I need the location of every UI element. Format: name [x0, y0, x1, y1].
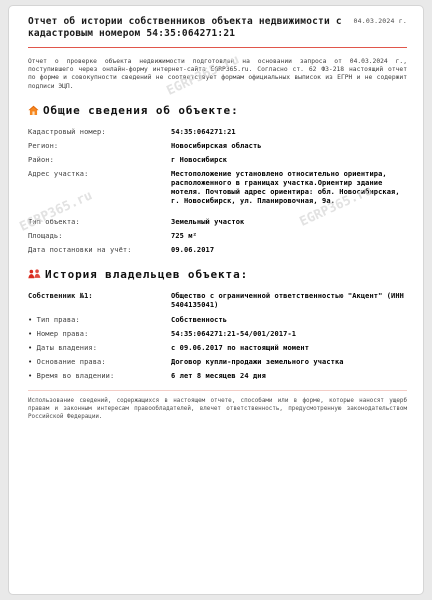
- object-type-label: Тип объекта:: [28, 218, 171, 227]
- intro-paragraph: Отчет о проверке объекта недвижимости по…: [28, 58, 409, 91]
- row-district: Район: г Новосибирск: [28, 156, 409, 165]
- people-icon: [28, 269, 41, 279]
- registration-date-value: 09.06.2017: [171, 246, 409, 255]
- right-number-value: 54:35:064271:21-54/001/2017-1: [171, 330, 409, 339]
- ownership-dates-value: с 09.06.2017 по настоящий момент: [171, 344, 409, 353]
- document-page: EGRP365.ru EGRP365.ru EGRP365.ru Отчет о…: [8, 5, 424, 595]
- row-right-basis: Основание права: Договор купли-продажи з…: [28, 358, 409, 367]
- owner-label: Собственник №1:: [28, 292, 171, 310]
- report-viewport: EGRP365.ru EGRP365.ru EGRP365.ru Отчет о…: [0, 0, 432, 600]
- right-type-value: Собственность: [171, 316, 409, 325]
- area-label: Площадь:: [28, 232, 171, 241]
- disclaimer-text: Использование сведений, содержащихся в н…: [28, 398, 409, 422]
- row-area: Площадь: 725 м²: [28, 232, 409, 241]
- ownership-duration-label: Время во владении:: [28, 372, 171, 381]
- report-date: 04.03.2024 г.: [354, 17, 407, 25]
- footer-divider: [28, 390, 407, 391]
- section-general-title: Общие сведения об объекте:: [43, 104, 239, 117]
- region-value: Новосибирская область: [171, 142, 409, 151]
- row-object-type: Тип объекта: Земельный участок: [28, 218, 409, 227]
- row-right-type: Тип права: Собственность: [28, 316, 409, 325]
- right-type-label: Тип права:: [28, 316, 171, 325]
- row-owner: Собственник №1: Общество с ограниченной …: [28, 292, 409, 310]
- section-history-heading: История владельцев объекта:: [28, 268, 409, 281]
- object-type-value: Земельный участок: [171, 218, 409, 227]
- right-basis-label: Основание права:: [28, 358, 171, 367]
- area-value: 725 м²: [171, 232, 409, 241]
- row-right-number: Номер права: 54:35:064271:21-54/001/2017…: [28, 330, 409, 339]
- parcel-address-value: Местоположение установлено относительно …: [171, 170, 409, 206]
- section-history-title: История владельцев объекта:: [45, 268, 248, 281]
- district-value: г Новосибирск: [171, 156, 409, 165]
- right-basis-value: Договор купли-продажи земельного участка: [171, 358, 409, 367]
- district-label: Район:: [28, 156, 171, 165]
- registration-date-label: Дата постановки на учёт:: [28, 246, 171, 255]
- right-number-label: Номер права:: [28, 330, 171, 339]
- cadastral-number-label: Кадастровый номер:: [28, 128, 171, 137]
- header-divider: [28, 47, 407, 48]
- ownership-dates-label: Даты владения:: [28, 344, 171, 353]
- row-cadastral-number: Кадастровый номер: 54:35:064271:21: [28, 128, 409, 137]
- parcel-address-label: Адрес участка:: [28, 170, 171, 206]
- owner-value: Общество с ограниченной ответственностью…: [171, 292, 409, 310]
- house-icon: [28, 105, 39, 116]
- row-region: Регион: Новосибирская область: [28, 142, 409, 151]
- row-registration-date: Дата постановки на учёт: 09.06.2017: [28, 246, 409, 255]
- region-label: Регион:: [28, 142, 171, 151]
- row-ownership-dates: Даты владения: с 09.06.2017 по настоящий…: [28, 344, 409, 353]
- section-general-heading: Общие сведения об объекте:: [28, 104, 409, 117]
- cadastral-number-value: 54:35:064271:21: [171, 128, 409, 137]
- ownership-duration-value: 6 лет 8 месяцев 24 дня: [171, 372, 409, 381]
- row-ownership-duration: Время во владении: 6 лет 8 месяцев 24 дн…: [28, 372, 409, 381]
- row-parcel-address: Адрес участка: Местоположение установлен…: [28, 170, 409, 206]
- page-title: Отчет об истории собственников объекта н…: [28, 16, 362, 40]
- document-header: Отчет об истории собственников объекта н…: [28, 16, 409, 40]
